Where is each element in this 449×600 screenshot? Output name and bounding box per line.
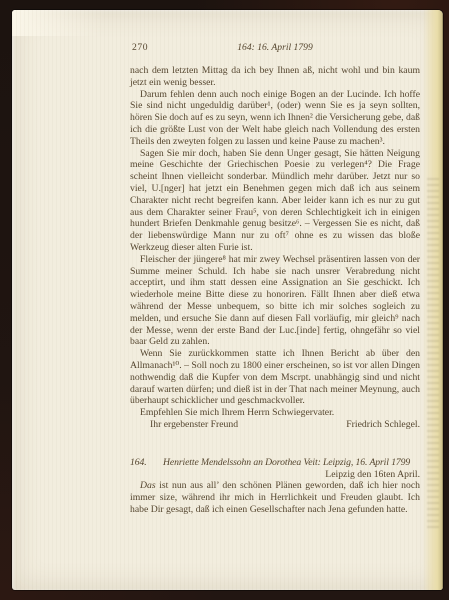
letter-title: Henriette Mendelssohn an Dorothea Veit: … (163, 457, 410, 469)
signature-line: Ihr ergebenster Freund Friedrich Schlege… (130, 419, 420, 431)
paragraph-1: nach dem letzten Mittag da ich bey Ihnen… (130, 65, 420, 89)
paragraph-5: Wenn Sie zurückkommen statte ich Ihnen B… (130, 348, 420, 407)
book-page: 270 164: 16. April 1799 nach dem letzten… (12, 10, 443, 590)
letter-164-heading: 164. Henriette Mendelssohn an Dorothea V… (130, 457, 420, 469)
dateline: Leipzig den 16ten April. (130, 469, 420, 481)
paragraph-4: Fleischer der jüngere⁸ hat mir zwey Wech… (130, 254, 420, 348)
paragraph-2: Darum fehlen denn auch noch einige Bogen… (130, 89, 420, 148)
signature: Friedrich Schlegel. (336, 419, 420, 431)
page-header: 270 164: 16. April 1799 (130, 42, 420, 54)
paragraph-3: Sagen Sie mir doch, haben Sie denn Unger… (130, 148, 420, 254)
letter-number: 164. (130, 457, 163, 469)
text-block: 270 164: 16. April 1799 nach dem letzten… (130, 42, 420, 516)
showthrough-text (427, 178, 439, 528)
closing-phrase: Ihr ergebenster Freund (130, 419, 238, 431)
paragraph-6-text: ist nun aus all’ den schönen Plänen gewo… (130, 480, 420, 515)
page-gutter-edge (423, 10, 443, 590)
valediction: Empfehlen Sie mich Ihrem Herrn Schwieger… (130, 407, 420, 419)
photo-background: 270 164: 16. April 1799 nach dem letzten… (0, 0, 449, 600)
paragraph-6: Das ist nun aus all’ den schönen Plänen … (130, 480, 420, 515)
running-head: 164: 16. April 1799 (130, 42, 420, 54)
emphasized-word: Das (140, 480, 156, 491)
